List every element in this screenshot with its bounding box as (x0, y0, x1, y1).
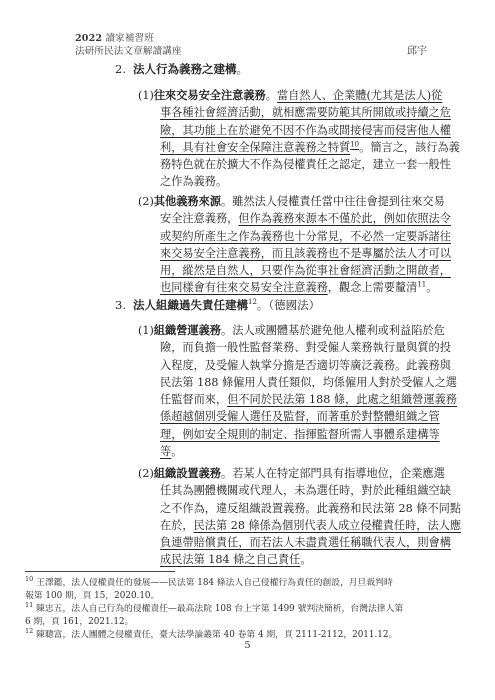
run: 係超越個別受僱人選任及監督，而著重於對整體組織之管 (160, 410, 440, 423)
run: 也同樣會有往來交易安全注意義務 (160, 281, 328, 294)
footnote-reference: 11 (417, 281, 426, 289)
run: 民法第 28 條係為個別代表人成立侵權責任時，法人應 (194, 519, 461, 532)
run: 民法第 188 條僱用人責任類似，均係僱用人對於受僱人之選 (160, 376, 457, 389)
run-bold: 往來交易安全注意義務 (154, 88, 266, 102)
paragraph: (1)組織營運義務。法人或團體基於避免他人權利或利益陷於危險，而負擔一般性監督業… (138, 322, 478, 460)
run: 用，縱然是自然人，只要作為從事社會經濟活動之開啟者， (160, 264, 451, 277)
footnotes: 10 王澤鑑，法人侵權責任的發展——民法第 184 條法人自己侵權行為責任的創設… (25, 577, 403, 642)
text-line: 負連帶賠償責任，而若法人未盡責選任稱職代表人，則會構 (138, 534, 478, 551)
text-line: 係超越個別受僱人選任及監督，而著重於對整體組織之管 (138, 408, 478, 425)
run: 。 (236, 62, 248, 76)
footnote-separator (25, 571, 175, 572)
run: (1) (138, 89, 154, 102)
paragraph: (2)組織設置義務。若某人在特定部門具有指導地位，企業應選任其為團體機關或代理人… (138, 465, 478, 569)
run: 等 (160, 445, 171, 458)
text-line: (2)其他義務來源。雖然法人侵權責任當中往往會提到往來交易 (138, 193, 478, 210)
text-line: 險，其功能上在於避免不因不作為或間接侵害而侵害他人權 (138, 122, 478, 139)
run: 。 (171, 445, 182, 458)
run: 安全注意義務， (160, 212, 238, 225)
run: 之不作為，違反組織設置義務。此義務和民法第 28 條不同點 (160, 502, 461, 515)
run: 法人或團體基於避免他人權利或利益陷於危 (232, 324, 445, 337)
run: 利，具有社會安全保障注意義務之特質 (160, 141, 350, 154)
run: 但作為義務來源本不僅於此，例如依照法令 (238, 212, 451, 225)
section-heading: 3.法人組織過失責任建構12。（德國法） (115, 296, 320, 314)
header-course: 法研所民法文章解讀講座 (75, 45, 182, 58)
page-number: 5 (0, 640, 495, 651)
run: 。 (300, 553, 311, 566)
run: 或契約所產生之作為義務也十分常見，不必然一定要訴諸往 (160, 230, 451, 243)
run: (2) (138, 195, 154, 208)
run: (2) (138, 467, 154, 480)
text-line: 來交易安全注意義務，而且該義務也不是專屬於法人才可以 (138, 245, 478, 262)
run: 務特色就在於擴大不作為侵權責任之認定，建立一套一般性 (160, 158, 451, 171)
text-line: 任其為團體機關或代理人，未為選任時，對於此種組織空缺 (138, 482, 478, 499)
run: 之作為義務。 (160, 175, 227, 188)
run: 來交易安全注意義務，而且該義務也不是專屬於法人才可以 (160, 247, 451, 260)
text-line: 在於，民法第 28 條係為個別代表人成立侵權責任時，法人應 (138, 517, 478, 534)
text-line: 之不作為，違反組織設置義務。此義務和民法第 28 條不同點 (138, 500, 478, 517)
run: 入程度，及受僱人執掌分擔是否適切等廣泛義務。此義務與 (160, 359, 451, 372)
text-line: (2)組織設置義務。若某人在特定部門具有指導地位，企業應選 (138, 465, 478, 482)
text-line: 險，而負擔一般性監督業務、對受僱人業務執行量與質的投 (138, 339, 478, 356)
run: 險，其功能上在於避免不因不作為或間接侵害而侵害他人權 (160, 124, 451, 137)
footnote-line: 11 陳忠五，法人自己行為的侵權責任—最高法院 108 台上字第 1499 號判… (25, 603, 403, 616)
run: 險，而負擔一般性監督業務、對受僱人業務執行量與質的投 (160, 341, 451, 354)
run: 在於， (160, 519, 194, 532)
footnote-reference: 10 (350, 140, 359, 148)
section-number: 2. (115, 60, 126, 78)
footnote-number: 11 (25, 601, 33, 609)
run: 但不同於民法第 188 條，此處之組織營運義務 (227, 393, 457, 406)
text-line: 之作為義務。 (138, 173, 478, 190)
text-line: 安全注意義務，但作為義務來源本不僅於此，例如依照法令 (138, 210, 478, 227)
text-line: 用，縱然是自然人，只要作為從事社會經濟活動之開啟者， (138, 262, 478, 279)
run: 。（德國法） (257, 298, 320, 312)
footnote-number: 10 (25, 575, 33, 583)
run: 任其為團體機關或代理人，未為選任時，對於此種組織空缺 (160, 484, 451, 497)
footnote-line: 6 期，頁 161，2021.12。 (25, 616, 403, 629)
run: 。 (266, 89, 277, 102)
run-bold: 法人組織過失責任建構 (133, 298, 248, 312)
section-number: 3. (115, 296, 126, 314)
run: 。 (221, 324, 232, 337)
run: 雖然法人侵權責任當中往往會提到往來交易 (232, 195, 445, 208)
run: 。簡言之，該行為義 (359, 141, 460, 154)
run: 理，例如安全規則的制定、指揮監督所需人事體系建構等 (160, 428, 440, 441)
text-line: 等。 (138, 443, 478, 460)
document-page: 2022 讀家補習班 法研所民法文章解讀講座 邱宇 2.法人行為義務之建構。(1… (0, 0, 495, 700)
run-bold: 組織設置義務 (154, 466, 221, 480)
section-heading: 2.法人行為義務之建構。 (115, 60, 248, 78)
header-year: 2022 (75, 33, 102, 44)
run: (1) (138, 324, 154, 337)
run: 任監督而來， (160, 393, 227, 406)
header-line-1: 2022 讀家補習班 (75, 32, 154, 45)
text-line: 理，例如安全規則的制定、指揮監督所需人事體系建構等 (138, 426, 478, 443)
text-line: 入程度，及受僱人執掌分擔是否適切等廣泛義務。此義務與 (138, 357, 478, 374)
text-line: (1)往來交易安全注意義務。當自然人、企業體(尤其是法人)從 (138, 87, 478, 104)
text-line: 利，具有社會安全保障注意義務之特質10。簡言之，該行為義 (138, 139, 478, 156)
run-bold: 法人行為義務之建構 (133, 62, 237, 76)
run: 事各種社會經濟活動，就相應需要防範其所開啟或持續之危 (160, 106, 451, 119)
run-bold: 組織營運義務 (154, 323, 221, 337)
footnote-reference: 12 (248, 298, 257, 306)
text-line: 事各種社會經濟活動，就相應需要防範其所開啟或持續之危 (138, 104, 478, 121)
run: 負連帶賠償責任，而若法人未盡責選任稱職代表人，則會構 (160, 536, 451, 549)
run: ，觀念上需要釐清 (328, 281, 418, 294)
text-line: 任監督而來，但不同於民法第 188 條，此處之組織營運義務 (138, 391, 478, 408)
run-bold: 其他義務來源 (154, 194, 221, 208)
text-line: (1)組織營運義務。法人或團體基於避免他人權利或利益陷於危 (138, 322, 478, 339)
footnote-number: 12 (25, 627, 33, 635)
footnote-line: 10 王澤鑑，法人侵權責任的發展——民法第 184 條法人自己侵權行為責任的創設… (25, 577, 403, 590)
run: 若某人在特定部門具有指導地位，企業應選 (232, 467, 445, 480)
paragraph: (2)其他義務來源。雖然法人侵權責任當中往往會提到往來交易安全注意義務，但作為義… (138, 193, 478, 297)
footnote-line: 報第 100 期，頁 15，2020.10。 (25, 590, 403, 603)
run: 。 (221, 467, 232, 480)
text-line: 也同樣會有往來交易安全注意義務，觀念上需要釐清11。 (138, 279, 478, 296)
run: 。 (221, 195, 232, 208)
run: 成民法第 184 條之自己責任 (160, 553, 300, 566)
text-line: 或契約所產生之作為義務也十分常見，不必然一定要訴諸往 (138, 228, 478, 245)
header-author: 邱宇 (407, 45, 427, 58)
text-line: 民法第 188 條僱用人責任類似，均係僱用人對於受僱人之選 (138, 374, 478, 391)
text-line: 成民法第 184 條之自己責任。 (138, 551, 478, 568)
header-school: 讀家補習班 (102, 33, 154, 44)
run: 當自然人、企業體(尤其是法人)從 (277, 89, 442, 102)
paragraph: (1)往來交易安全注意義務。當自然人、企業體(尤其是法人)從事各種社會經濟活動，… (138, 87, 478, 191)
text-line: 務特色就在於擴大不作為侵權責任之認定，建立一套一般性 (138, 156, 478, 173)
run: 。 (426, 281, 437, 294)
